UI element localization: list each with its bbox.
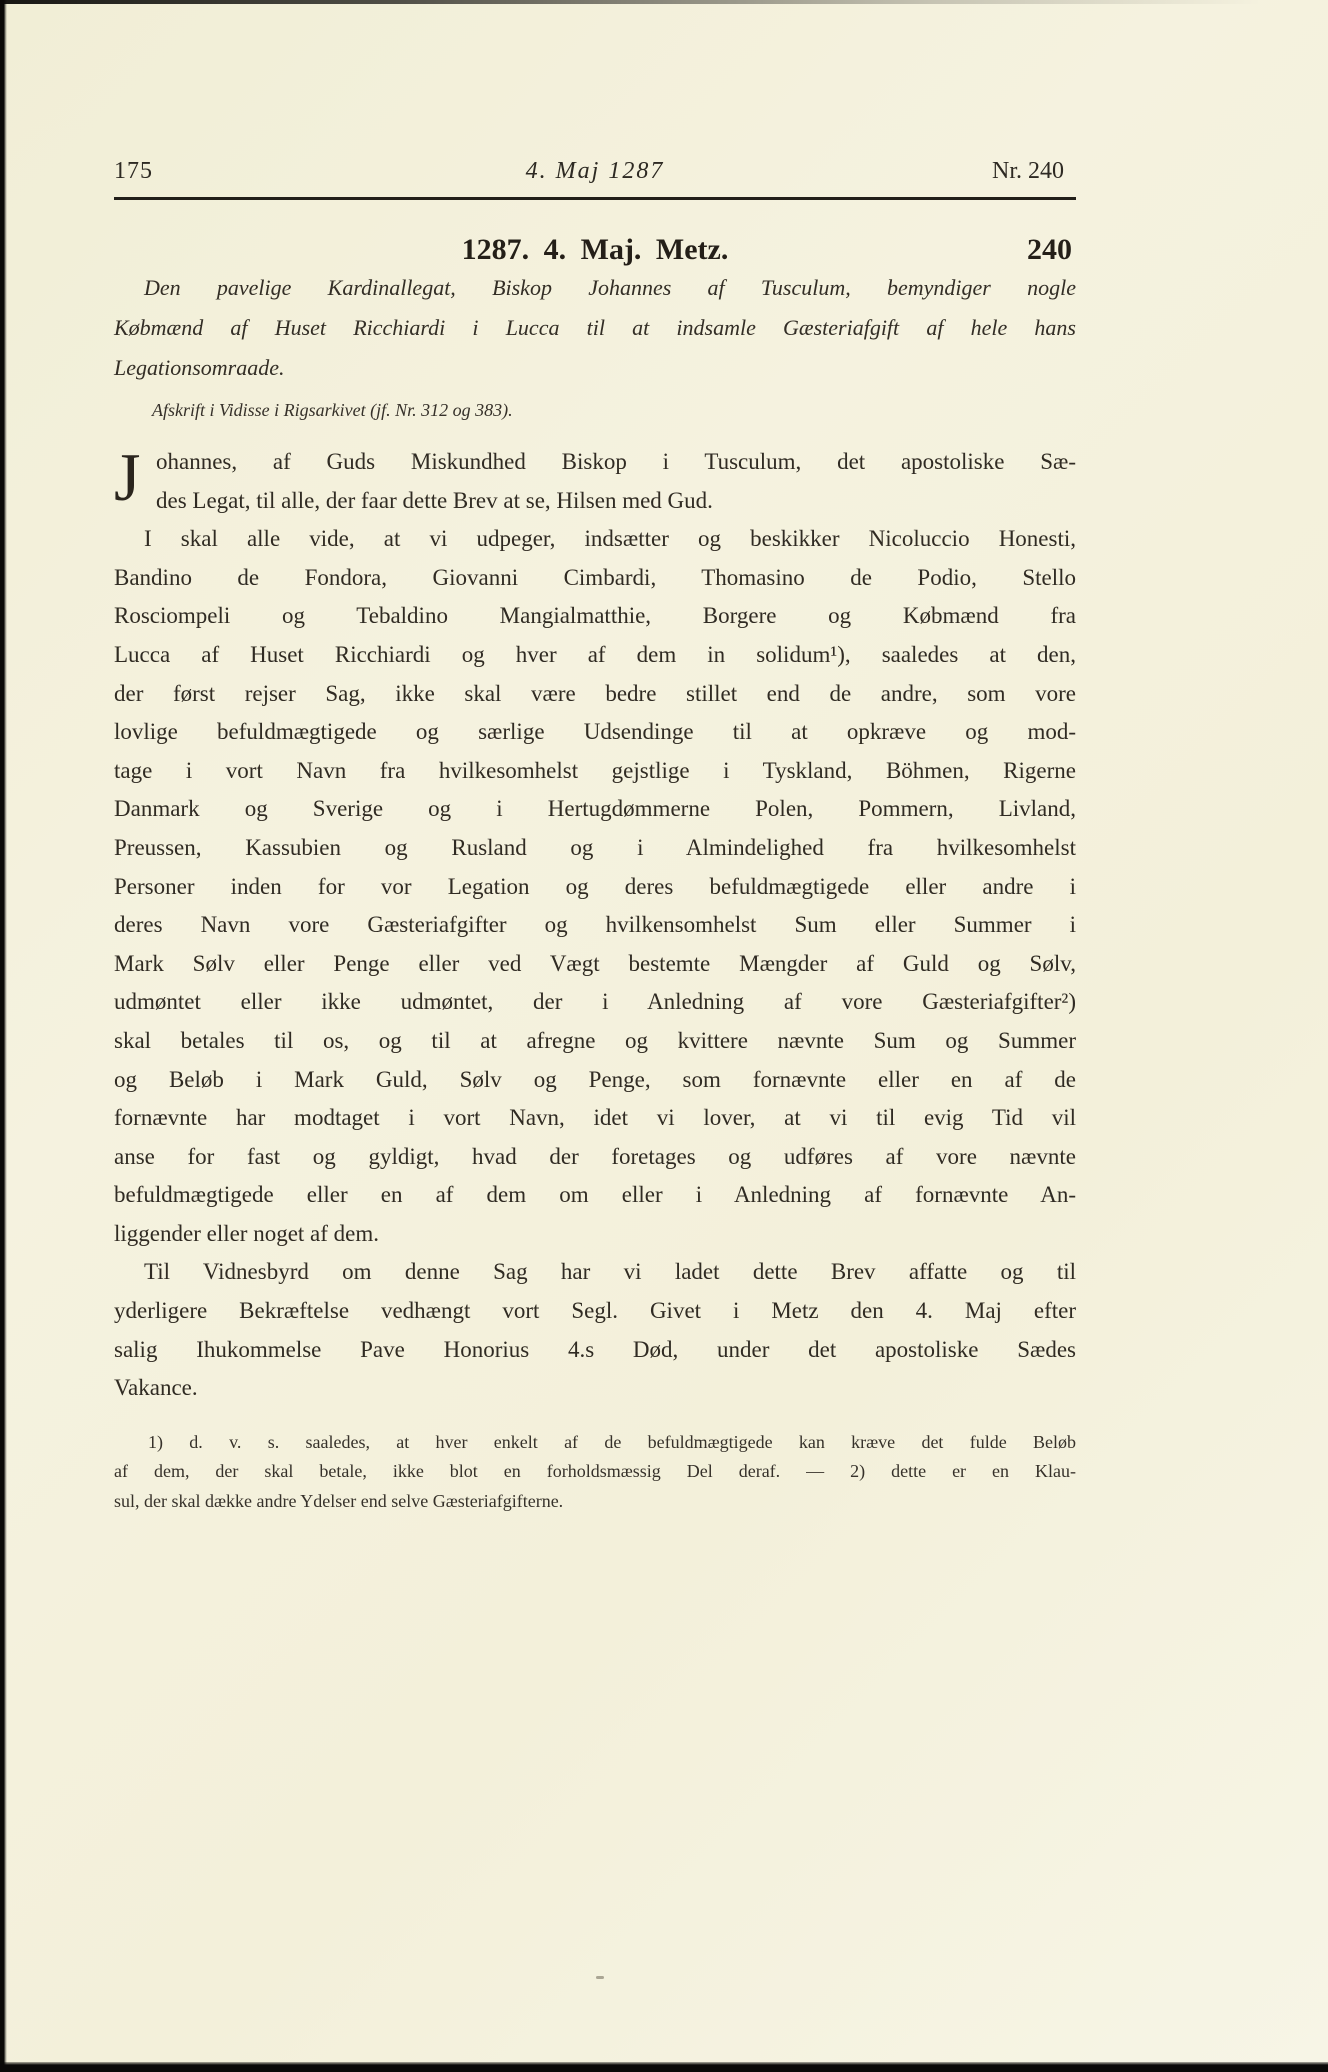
text-line: deres Navn vore Gæsteriafgifter og hvilk… (114, 906, 1076, 945)
scan-edge-top (0, 0, 1328, 4)
entry-date-heading: 1287. 4. Maj. Metz. (114, 231, 1076, 269)
text-line: Vakance. (114, 1369, 1076, 1408)
text-line: lovlige befuldmægtigede og særlige Udsen… (114, 713, 1076, 752)
text-line: skal betales til os, og til at afregne o… (114, 1022, 1076, 1061)
footnote-line: sul, der skal dække andre Ydelser end se… (114, 1487, 1076, 1516)
text-line: Købmænd af Huset Ricchiardi i Lucca til … (114, 308, 1076, 348)
summary-paragraph: Den pavelige Kardinallegat, Biskop Johan… (114, 268, 1076, 388)
scanned-book-page: 175 4. Maj 1287 Nr. 240 1287. 4. Maj. Me… (0, 0, 1328, 2072)
text-line: I skal alle vide, at vi udpeger, indsætt… (114, 520, 1076, 559)
header-rule (114, 197, 1076, 200)
text-line: Legationsomraade. (114, 348, 1076, 388)
text-line: Danmark og Sverige og i Hertugdømmerne P… (114, 790, 1076, 829)
text-line: Lucca af Huset Ricchiardi og hver af dem… (114, 636, 1076, 675)
scan-edge-bottom (0, 2062, 1328, 2072)
drop-cap-initial: J (114, 446, 156, 519)
text-line: Bandino de Fondora, Giovanni Cimbardi, T… (114, 559, 1076, 598)
text-line: yderligere Bekræftelse vedhængt vort Seg… (114, 1292, 1076, 1331)
text-line: anse for fast og gyldigt, hvad der foret… (114, 1138, 1076, 1177)
paragraph-closing: Til Vidnesbyrd om denne Sag har vi ladet… (114, 1253, 1076, 1407)
entry-heading: 1287. 4. Maj. Metz. 240 (114, 231, 1076, 269)
text-line: Rosciompeli og Tebaldino Mangialmatthie,… (114, 597, 1076, 636)
text-line: Den pavelige Kardinallegat, Biskop Johan… (114, 268, 1076, 308)
footnote-line: af dem, der skal betale, ikke blot en fo… (114, 1457, 1076, 1486)
text-line: des Legat, til alle, der faar dette Brev… (114, 482, 1076, 521)
text-line: liggender eller noget af dem. (114, 1215, 1076, 1254)
footnote-block: 1) d. v. s. saaledes, at hver enkelt af … (114, 1428, 1076, 1516)
scan-edge-left (0, 0, 7, 2072)
text-line: Preussen, Kassubien og Rusland og i Almi… (114, 829, 1076, 868)
text-line: og Beløb i Mark Guld, Sølv og Penge, som… (114, 1061, 1076, 1100)
text-line: salig Ihukommelse Pave Honorius 4.s Død,… (114, 1331, 1076, 1370)
text-line: Til Vidnesbyrd om denne Sag har vi ladet… (114, 1253, 1076, 1292)
text-line: befuldmægtigede eller en af dem om eller… (114, 1176, 1076, 1215)
text-line: ohannes, af Guds Miskundhed Biskop i Tus… (114, 443, 1076, 482)
text-line: der først rejser Sag, ikke skal være bed… (114, 675, 1076, 714)
source-note: Afskrift i Vidisse i Rigsarkivet (jf. Nr… (114, 397, 1114, 423)
text-line: tage i vort Navn fra hvilkesomhelst gejs… (114, 752, 1076, 791)
entry-number: 240 (1027, 231, 1072, 269)
text-line: udmøntet eller ikke udmøntet, der i Anle… (114, 983, 1076, 1022)
footnote-line: 1) d. v. s. saaledes, at hver enkelt af … (114, 1428, 1076, 1457)
text-line: Mark Sølv eller Penge eller ved Vægt bes… (114, 945, 1076, 984)
running-number: Nr. 240 (992, 154, 1064, 188)
running-date: 4. Maj 1287 (114, 154, 1076, 188)
running-header: 175 4. Maj 1287 Nr. 240 (114, 154, 1076, 188)
paragraph-main: I skal alle vide, at vi udpeger, indsætt… (114, 520, 1076, 1253)
paper-speck (596, 1976, 604, 1979)
paragraph-salutation: J ohannes, af Guds Miskundhed Biskop i T… (114, 443, 1076, 520)
text-line: Personer inden for vor Legation og deres… (114, 868, 1076, 907)
document-body: J ohannes, af Guds Miskundhed Biskop i T… (114, 443, 1076, 1408)
text-line: fornævnte har modtaget i vort Navn, idet… (114, 1099, 1076, 1138)
